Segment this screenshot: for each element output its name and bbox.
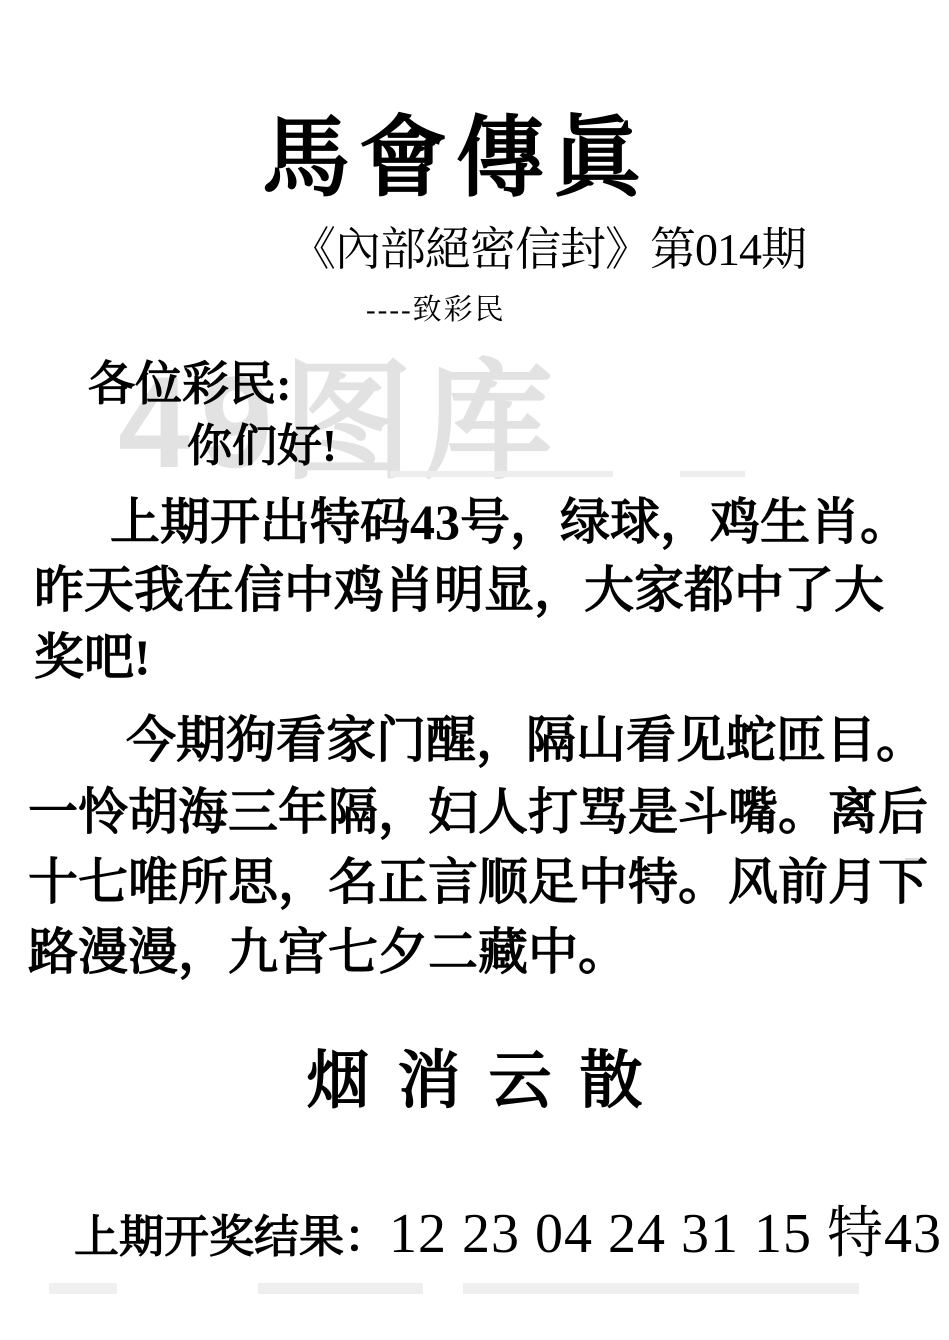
paragraph1-line-3: 奖吧! [34, 632, 151, 682]
greeting: 你们好! [187, 424, 337, 469]
scan-artifact [49, 1283, 117, 1294]
slogan-text: 烟消云散 [307, 1050, 671, 1113]
paragraph2-line-4: 路漫漫，九宫七夕二藏中。 [28, 927, 628, 977]
paragraph1-line-1: 上期开出特码43号，绿球，鸡生肖。 [110, 497, 910, 547]
page-title: 馬會傳眞 [262, 116, 650, 204]
previous-result-line: 上期开奖结果：12 23 04 24 31 15 特43 [74, 1206, 942, 1262]
scan-artifact [258, 1283, 423, 1294]
paragraph2-line-3: 十七唯所思，名正言顺足中特。风前月下 [28, 857, 928, 907]
result-label: 上期开奖结果： [74, 1212, 389, 1262]
scan-artifact [463, 1283, 859, 1294]
result-numbers: 12 23 04 24 31 15 特43 [389, 1203, 942, 1265]
fax-sheet-page: 49图库 馬會傳眞 《內部絕密信封》第014期 ----致彩民 各位彩民: 你们… [0, 0, 949, 1340]
watermark-smudge [680, 471, 745, 477]
salutation: 各位彩民: [88, 362, 292, 409]
paragraph1-line-2: 昨天我在信中鸡肖明显，大家都中了大 [34, 565, 884, 615]
paragraph2-line-1: 今期狗看家门醒，隔山看见蛇匝目。 [126, 715, 926, 765]
watermark-smudge [390, 471, 613, 477]
dedication-line: ----致彩民 [366, 296, 506, 325]
paragraph2-line-2: 一怜胡海三年隔，妇人打骂是斗嘴。离后 [28, 787, 928, 837]
issue-subtitle: 《內部絕密信封》第014期 [290, 227, 806, 273]
